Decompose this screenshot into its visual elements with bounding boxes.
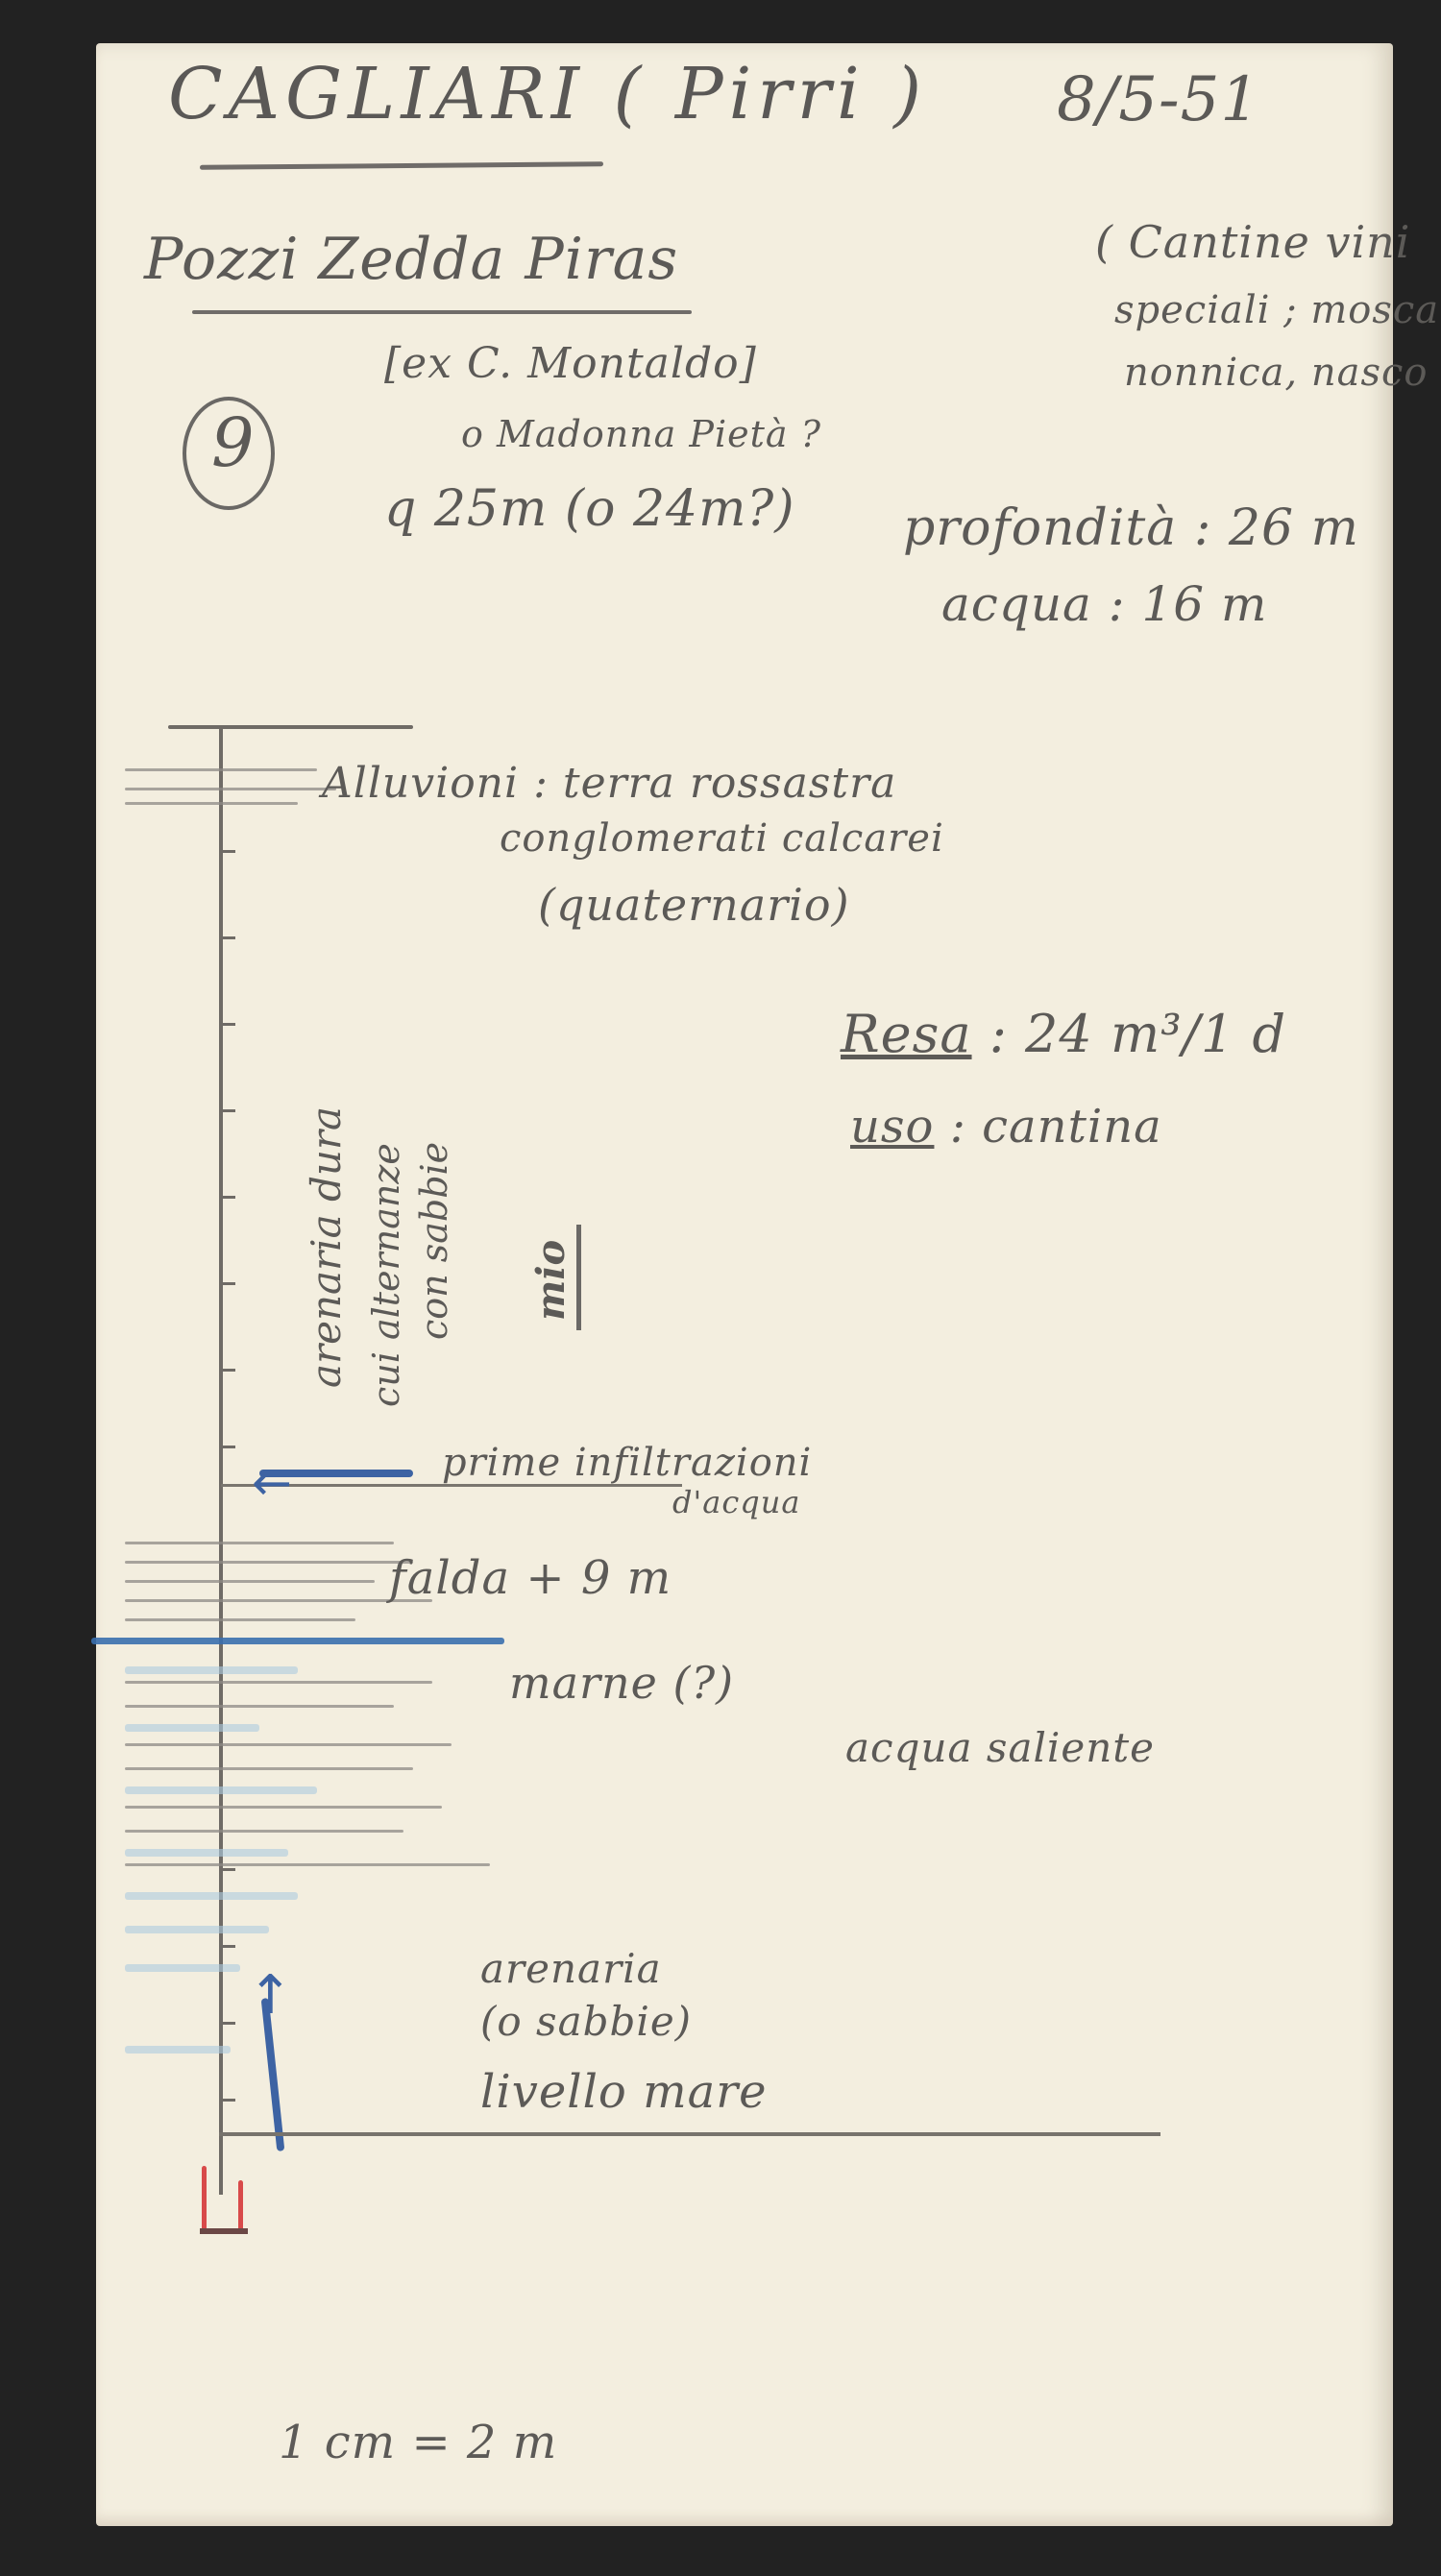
depth-tick <box>222 1023 235 1026</box>
layer-vertical-2: cui alternanze <box>365 1143 407 1407</box>
former-name: [ex C. Montaldo] <box>384 339 757 388</box>
blue-hatch <box>125 1786 317 1794</box>
title-underline <box>200 161 603 170</box>
yield-label: Resa <box>841 1004 972 1064</box>
well-note-line-3: nonnica, nasco ecc) <box>1124 351 1441 395</box>
depth: profondità : 26 m <box>903 499 1359 557</box>
arrow-up-icon: ↑ <box>248 1964 293 2027</box>
note-card: CAGLIARI ( Pirri ) 8/5-51 Pozzi Zedda Pi… <box>96 43 1393 2526</box>
blue-hatch <box>125 1666 298 1674</box>
hatch <box>125 1618 355 1621</box>
hatch <box>125 1542 394 1544</box>
yield-row: Resa : 24 m³/1 d <box>841 1004 1286 1064</box>
arrow-left-icon: ← <box>252 1455 292 1511</box>
depth-tick <box>222 1868 235 1871</box>
hatch <box>125 1705 394 1708</box>
hatch <box>125 1681 432 1684</box>
first-infiltration-label: prime infiltrazioni <box>442 1441 812 1485</box>
yield-value: : 24 m³/1 d <box>989 1004 1286 1064</box>
well-number: 9 <box>211 403 256 482</box>
depth-tick <box>222 936 235 939</box>
sandstone-label-2: (o sabbie) <box>480 1998 692 2045</box>
hatch <box>125 1863 490 1866</box>
use-value: : cantina <box>950 1100 1162 1154</box>
depth-tick <box>222 1446 235 1448</box>
water-table-line <box>91 1638 504 1644</box>
depth-tick <box>222 1109 235 1112</box>
well-casing-red-left <box>202 2166 207 2233</box>
depth-tick <box>222 2022 235 2025</box>
well-bottom <box>200 2228 248 2234</box>
depth-tick <box>222 1282 235 1285</box>
sea-level-label: livello mare <box>480 2065 768 2119</box>
depth-tick <box>222 1369 235 1372</box>
ground-surface-line <box>168 725 413 729</box>
hatch <box>125 1561 413 1564</box>
blue-hatch <box>125 1926 269 1933</box>
hatch <box>125 1806 442 1809</box>
blue-hatch <box>125 1724 259 1732</box>
elevation: q 25m (o 24m?) <box>384 480 795 538</box>
layer-top-label: Alluvioni : terra rossastra <box>322 759 896 808</box>
well-note-line-1: ( Cantine vini <box>1095 216 1411 268</box>
layer-vertical-4: mio <box>528 1240 574 1321</box>
well-casing-red-right <box>238 2180 243 2233</box>
hatch <box>125 768 317 771</box>
marl-label: marne (?) <box>509 1657 734 1709</box>
hatch <box>125 788 336 790</box>
location-title: CAGLIARI ( Pirri ) <box>168 53 927 135</box>
depth-tick <box>222 1196 235 1199</box>
water-depth: acqua : 16 m <box>941 576 1267 632</box>
alt-name: o Madonna Pietà ? <box>461 413 821 455</box>
scale-note: 1 cm = 2 m <box>279 2416 557 2469</box>
depth-tick <box>222 2099 235 2102</box>
mio-underline <box>576 1225 581 1330</box>
layer-vertical-3: con sabbie <box>413 1142 455 1340</box>
sandstone-label: arenaria <box>480 1945 662 1992</box>
hatch <box>125 1767 413 1770</box>
sea-level-line <box>219 2132 1160 2136</box>
date: 8/5-51 <box>1057 64 1260 135</box>
layer-top-label-2: conglomerati calcarei <box>500 816 944 861</box>
well-name: Pozzi Zedda Piras <box>144 226 678 293</box>
well-note-line-2: speciali ; moscato, <box>1114 288 1441 332</box>
use-row: uso : cantina <box>850 1100 1162 1154</box>
hatch <box>125 1830 403 1833</box>
use-label: uso <box>850 1100 934 1154</box>
hatch <box>125 1743 452 1746</box>
depth-tick <box>222 1945 235 1948</box>
blue-hatch <box>125 1892 298 1900</box>
blue-hatch <box>125 1964 240 1972</box>
hatch <box>125 1580 375 1583</box>
first-infiltration-label-2: d'acqua <box>672 1484 800 1520</box>
blue-hatch <box>125 1849 288 1857</box>
blue-hatch <box>125 2046 231 2054</box>
layer-vertical-1: arenaria dura <box>303 1106 350 1388</box>
water-table-label: falda + 9 m <box>389 1551 672 1605</box>
layer-top-label-3: (quaternario) <box>538 879 850 931</box>
hatch <box>125 802 298 805</box>
well-name-underline <box>192 310 692 314</box>
rising-water-label: acqua saliente <box>845 1724 1155 1771</box>
hatch <box>125 1599 432 1602</box>
depth-tick <box>222 850 235 853</box>
depth-axis <box>219 725 223 2195</box>
